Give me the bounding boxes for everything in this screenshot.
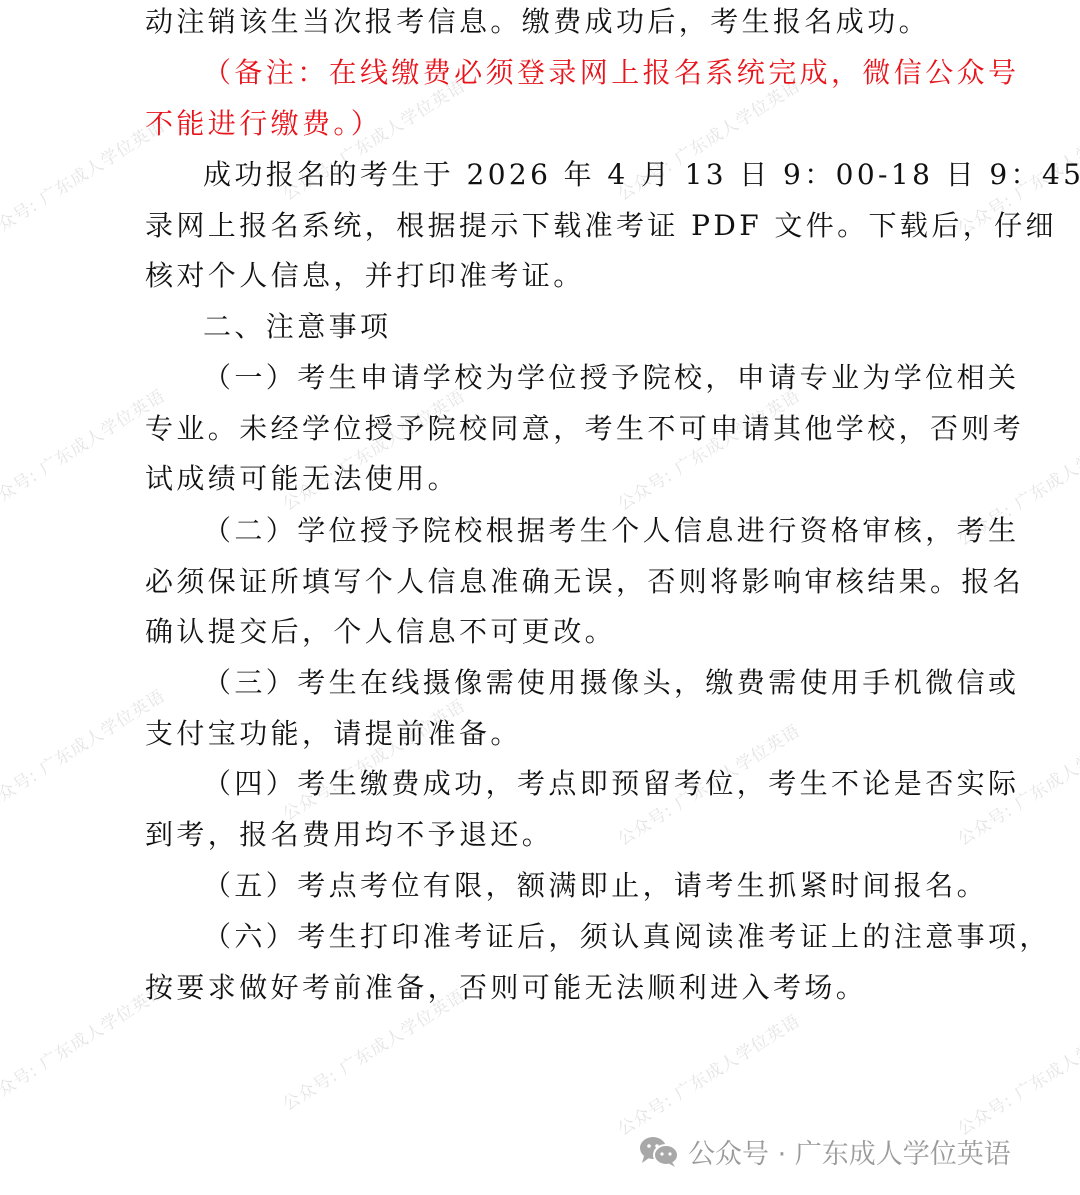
watermark: 公众号: 广东成人学位英语 (277, 692, 469, 825)
watermark: 公众号: 广东成人学位英语 (952, 1007, 1080, 1140)
paragraph-line: 核对个人信息，并打印准考证。 (145, 256, 945, 296)
watermark: 公众号: 广东成人学位英语 (0, 977, 169, 1110)
list-item-line: （六）考生打印准考证后，须认真阅读准考证上的注意事项， (145, 917, 1003, 957)
list-item-line: （一）考生申请学校为学位授予院校，申请专业为学位相关 (145, 358, 1003, 398)
watermark: 公众号: 广东成人学位英语 (0, 382, 169, 515)
footer-label: 公众号 · 广东成人学位英语 (688, 1132, 1011, 1171)
list-item-line: 按要求做好考前准备，否则可能无法顺利进入考场。 (145, 968, 945, 1008)
list-item-line: 试成绩可能无法使用。 (145, 459, 945, 499)
list-item-line: 确认提交后，个人信息不可更改。 (145, 612, 945, 652)
list-item-line: 必须保证所填写个人信息准确无误，否则将影响审核结果。报名 (145, 562, 945, 602)
watermark: 公众号: 广东成人学位英语 (612, 1007, 804, 1140)
list-item-line: （四）考生缴费成功，考点即预留考位，考生不论是否实际 (145, 764, 1003, 804)
note-line: （备注：在线缴费必须登录网上报名系统完成，微信公众号 (145, 53, 1003, 93)
paragraph-line: 动注销该生当次报考信息。缴费成功后，考生报名成功。 (145, 2, 945, 42)
list-item-line: 专业。未经学位授予院校同意，考生不可申请其他学校，否则考 (145, 409, 945, 449)
watermark: 公众号: 广东成人学位英语 (0, 682, 169, 815)
paragraph-line: 成功报名的考生于 2026 年 4 月 13 日 9：00-18 日 9：45 … (145, 155, 1003, 195)
list-item-line: 到考，报名费用均不予退还。 (145, 815, 945, 855)
list-item-line: 支付宝功能，请提前准备。 (145, 714, 945, 754)
watermark: 公众号: 广东成人学位英语 (0, 112, 169, 245)
paragraph-line: 录网上报名系统，根据提示下载准考证 PDF 文件。下载后，仔细 (145, 206, 945, 246)
list-item-line: （二）学位授予院校根据考生个人信息进行资格审核，考生 (145, 511, 1003, 551)
footer-attribution: 公众号 · 广东成人学位英语 (638, 1132, 1011, 1171)
list-item-line: （三）考生在线摄像需使用摄像头，缴费需使用手机微信或 (145, 663, 1003, 703)
section-heading: 二、注意事项 (145, 307, 1003, 347)
note-line: 不能进行缴费。） (145, 104, 945, 144)
list-item-line: （五）考点考位有限，额满即止，请考生抓紧时间报名。 (145, 866, 1003, 906)
wechat-icon (638, 1136, 680, 1168)
